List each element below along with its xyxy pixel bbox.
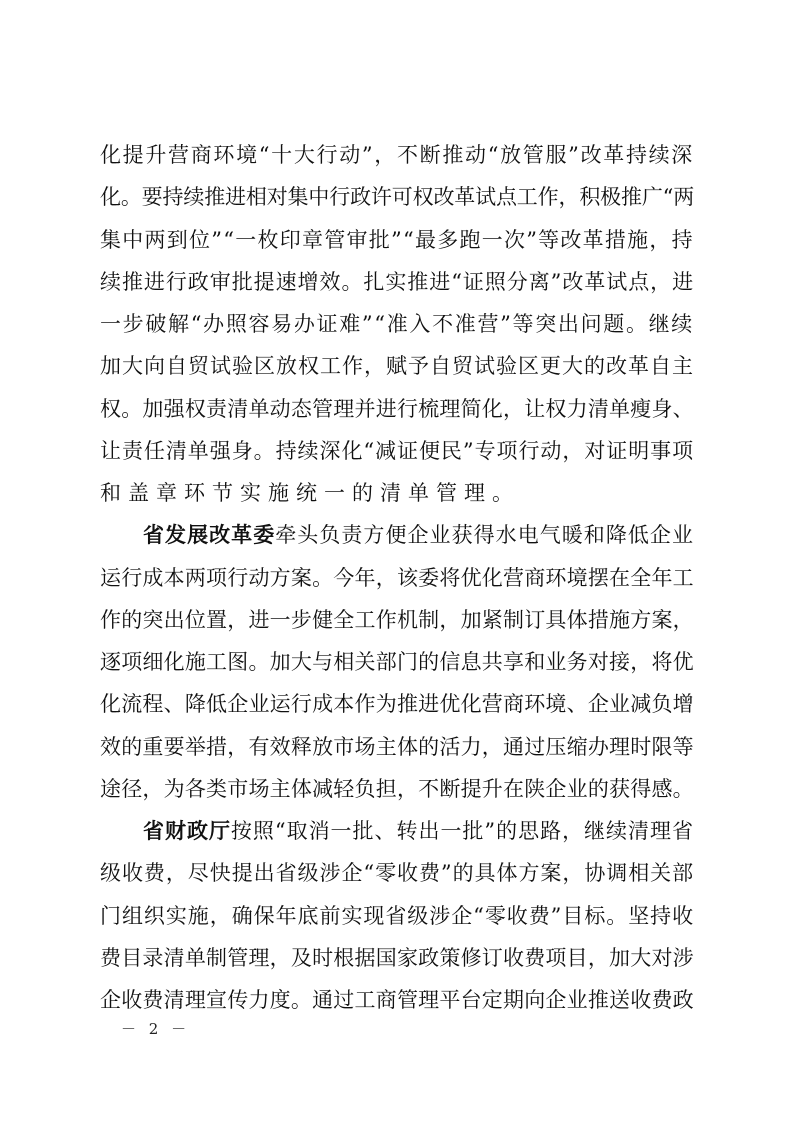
text-span: 牵头负责方便企业获得水电气暖和降低企业	[275, 523, 694, 547]
text-line: 企收费清理宣传力度。通过工商管理平台定期向企业推送收费政	[100, 979, 694, 1021]
text-line: 逐项细化施工图。加大与相关部门的信息共享和业务对接，将优	[100, 641, 694, 683]
text-line: 权。加强权责清单动态管理并进行梳理简化，让权力清单瘦身、	[100, 388, 694, 430]
text-line: 级收费，尽快提出省级涉企“零收费”的具体方案，协调相关部	[100, 852, 694, 894]
paragraph-first-line: 省财政厅按照“取消一批、转出一批”的思路，继续清理省	[100, 810, 694, 852]
text-line: 效的重要举措，有效释放市场主体的活力，通过压缩办理时限等	[100, 726, 694, 768]
text-line: 化提升营商环境“十大行动”，不断推动“放管服”改革持续深	[100, 134, 694, 176]
text-line: 化流程、降低企业运行成本作为推进优化营商环境、企业减负增	[100, 683, 694, 725]
text-line: 加大向自贸试验区放权工作，赋予自贸试验区更大的改革自主	[100, 345, 694, 387]
text-line: 集中两到位”“一枚印章管审批”“最多跑一次”等改革措施，持	[100, 219, 694, 261]
document-page: 化提升营商环境“十大行动”，不断推动“放管服”改革持续深 化。要持续推进相对集中…	[0, 0, 793, 1122]
text-line: 作的突出位置，进一步健全工作机制，加紧制订具体措施方案，	[100, 599, 694, 641]
department-name: 省财政厅	[143, 819, 231, 843]
paragraph-first-line: 省发展改革委牵头负责方便企业获得水电气暖和降低企业	[100, 514, 694, 556]
text-line: 费目录清单制管理，及时根据国家政策修订收费项目，加大对涉	[100, 937, 694, 979]
text-line: 和盖章环节实施统一的清单管理。	[100, 472, 694, 514]
text-span: 按照“取消一批、转出一批”的思路，继续清理省	[231, 819, 694, 843]
text-line: 运行成本两项行动方案。今年，该委将优化营商环境摆在全年工	[100, 557, 694, 599]
text-line: 一步破解“办照容易办证难”“准入不准营”等突出问题。继续	[100, 303, 694, 345]
body-text: 化提升营商环境“十大行动”，不断推动“放管服”改革持续深 化。要持续推进相对集中…	[100, 134, 694, 1021]
text-line: 途径，为各类市场主体减轻负担，不断提升在陕企业的获得感。	[100, 768, 694, 810]
text-line: 续推进行政审批提速增效。扎实推进“证照分离”改革试点，进	[100, 261, 694, 303]
page-number: － 2 －	[121, 1018, 190, 1039]
text-line: 化。要持续推进相对集中行政许可权改革试点工作，积极推广“两	[100, 176, 694, 218]
text-line: 让责任清单强身。持续深化“减证便民”专项行动，对证明事项	[100, 430, 694, 472]
text-line: 门组织实施，确保年底前实现省级涉企“零收费”目标。坚持收	[100, 895, 694, 937]
department-name: 省发展改革委	[143, 523, 275, 547]
